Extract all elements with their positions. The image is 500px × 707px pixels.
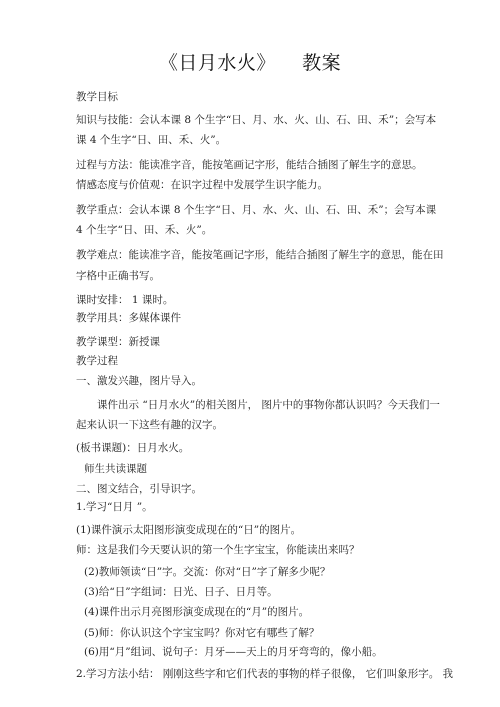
- paragraph-key-points-cont: 4 个生字“日、田、禾、火”。: [76, 223, 212, 237]
- list-item-6: (6)用“月”组词、说句子：月牙——天上的月牙弯弯的，像小船。: [84, 645, 383, 659]
- paragraph-lesson-type: 教学课型：新授课: [76, 335, 160, 349]
- list-item-1: (1)课件演示太阳图形演变成现在的“日”的图片。: [76, 523, 301, 537]
- step-two-heading: 二、图文结合，引导识字。: [76, 482, 202, 496]
- list-item-5: (5)师：你认识这个字宝宝吗？你对它有哪些了解？: [84, 626, 319, 640]
- paragraph-emotion-values: 情感态度与价值观：在识字过程中发展学生识字能力。: [76, 178, 328, 192]
- sub-step-2: 2.学习方法小结： 刚刚这些字和它们代表的事物的样子很像， 它们叫象形字。 我: [76, 667, 453, 681]
- list-item-4: (4)课件出示月亮图形演变成现在的“月”的图片。: [84, 605, 309, 619]
- section-heading-process: 教学过程: [76, 354, 118, 368]
- list-item-3: (3)给“日”字组词：日光、日子、日月等。: [84, 585, 278, 599]
- step-one-paragraph-cont: 起来认识一下这些有趣的汉字。: [76, 418, 223, 432]
- list-item-2: (2)教师领读“日”字。交流：你对“日”字了解多少呢？: [84, 565, 330, 579]
- step-one-paragraph: 课件出示 “日月水火”的相关图片， 图片中的事物你都认识吗？今天我们一: [97, 398, 440, 412]
- board-title: (板书课题)：日月水火。: [76, 441, 189, 455]
- paragraph-difficulties: 教学难点：能读准字音，能按笔画记字形，能结合插图了解生字的意思，能在田: [76, 248, 444, 262]
- step-one-heading: 一、激发兴趣，图片导入。: [76, 374, 202, 388]
- paragraph-difficulties-cont: 字格中正确书写。: [76, 269, 160, 283]
- paragraph-class-hours: 课时安排： 1 课时。: [76, 293, 173, 307]
- read-title-together: 师生共读课题: [84, 462, 147, 476]
- document-title: 《日月水火》 教案: [0, 48, 500, 75]
- teacher-question: 师：这是我们今天要认识的第一个生字宝宝，你能读出来吗？: [76, 543, 360, 557]
- paragraph-teaching-tools: 教学用具：多媒体课件: [76, 311, 181, 325]
- paragraph-knowledge-skills-cont: 课 4 个生字“日、田、禾、火”。: [76, 133, 226, 147]
- sub-step-1: 1.学习“日月 ”。: [76, 500, 153, 514]
- paragraph-key-points: 教学重点：会认本课 8 个生字“日、月、水、火、山、石、田、禾”；会写本课: [76, 203, 436, 217]
- paragraph-knowledge-skills: 知识与技能：会认本课 8 个生字“日、月、水、火、山、石、田、禾”；会写本: [76, 113, 436, 127]
- section-heading-objectives: 教学目标: [76, 90, 118, 104]
- paragraph-process-method: 过程与方法：能读准字音，能按笔画记字形，能结合插图了解生字的意思。: [76, 158, 423, 172]
